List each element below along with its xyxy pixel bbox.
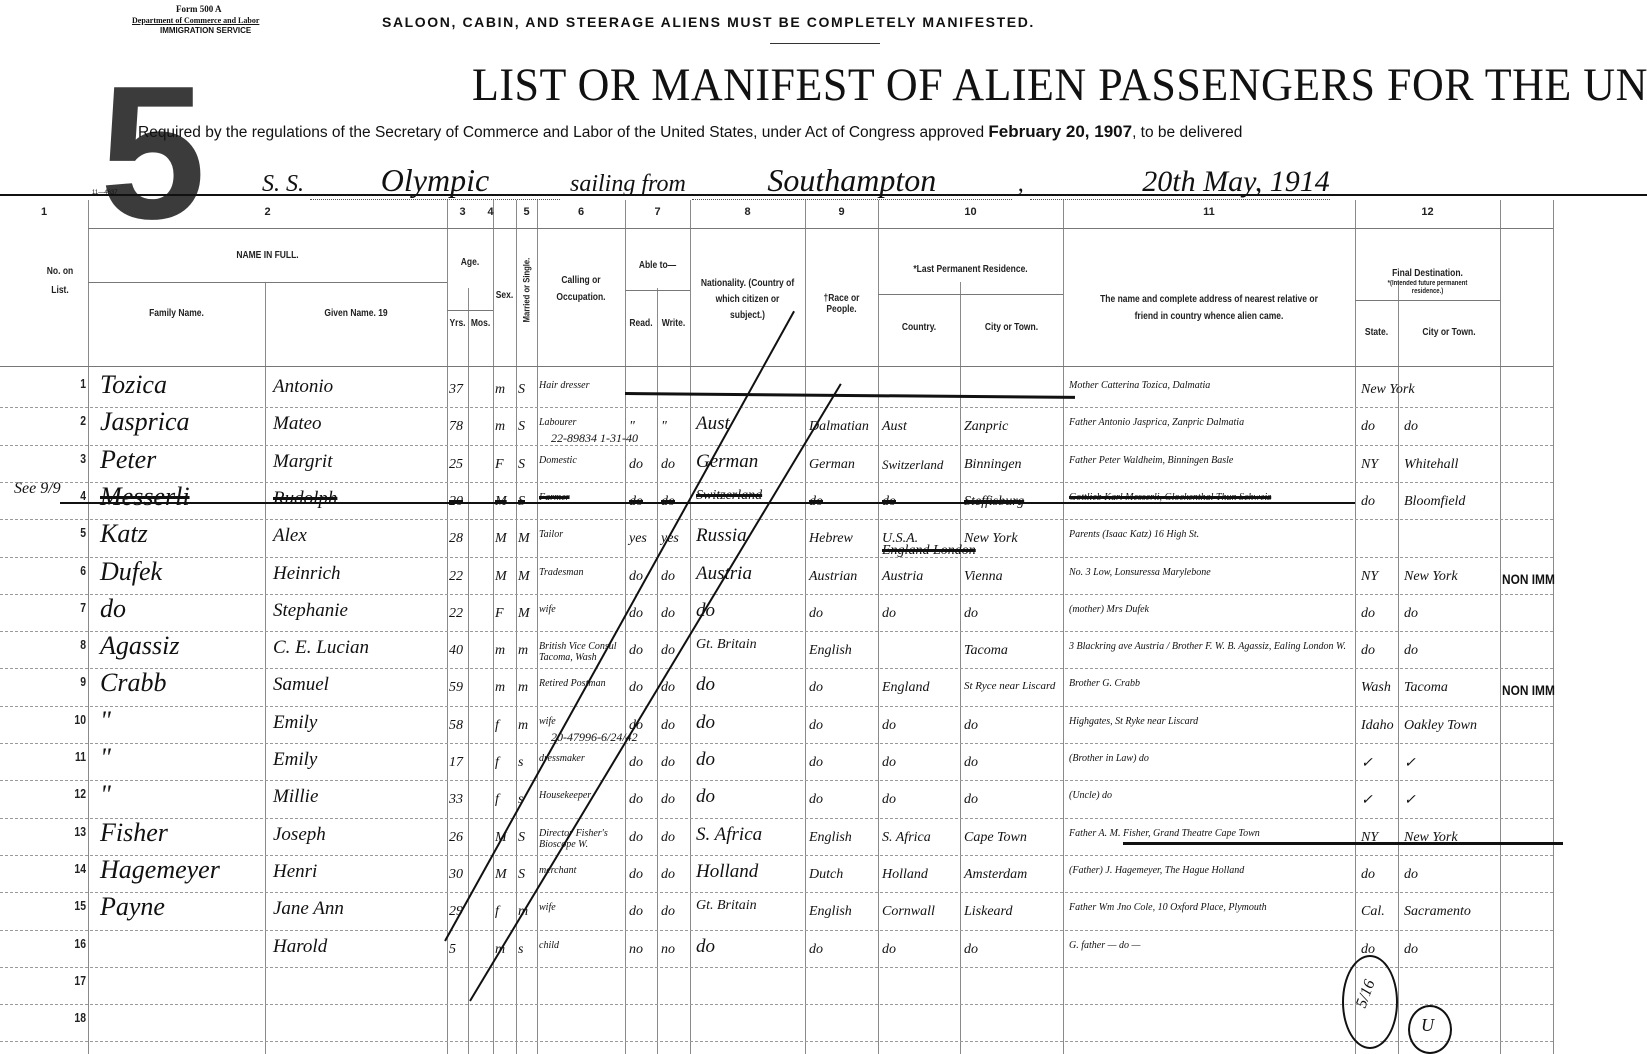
column-divider	[468, 288, 469, 1054]
family-name-cell: Fisher	[100, 818, 168, 848]
annotation-circle-text: U	[1421, 1015, 1434, 1036]
destination-city-cell: do	[1404, 867, 1418, 883]
row-divider	[0, 482, 1553, 484]
race-cell: Hebrew	[809, 531, 853, 547]
given-name-cell: Mateo	[273, 413, 322, 435]
family-name-cell: Messerli	[100, 482, 190, 512]
destination-state-cell: NY	[1361, 569, 1378, 585]
can-read-cell: do	[629, 830, 643, 846]
row-number: 4	[59, 488, 86, 503]
column-number: 5	[516, 206, 537, 218]
header-final-destination: Final Destination.	[1366, 268, 1489, 279]
residence-city-cell: Tacoma	[964, 643, 1008, 659]
row-divider	[0, 967, 1553, 969]
can-write-cell: do	[661, 680, 675, 696]
can-write-cell: "	[661, 419, 667, 435]
residence-country-cell: England	[882, 680, 929, 696]
header-divider	[625, 290, 690, 291]
department-label: Department of Commerce and Labor	[132, 16, 259, 25]
banner-text: SALOON, CABIN, AND STEERAGE ALIENS MUST …	[382, 14, 1035, 30]
age-years-cell: 59	[449, 680, 463, 696]
nationality-cell: do	[696, 712, 715, 734]
nationality-cell: Russia	[696, 525, 747, 547]
residence-country-cell: Austria	[882, 569, 923, 585]
relative-address-cell: Parents (Isaac Katz) 16 High St.	[1069, 529, 1199, 540]
can-write-cell: do	[661, 606, 675, 622]
residence-city-cell: Cape Town	[964, 830, 1027, 846]
given-name-cell: Alex	[273, 525, 307, 547]
occupation-cell: Tradesman	[539, 567, 583, 578]
sex-cell: M	[495, 867, 507, 883]
nationality-cell: S. Africa	[696, 824, 762, 846]
sex-cell: f	[495, 904, 499, 920]
destination-city-cell: New York	[1404, 569, 1458, 585]
marital-status-cell: S	[518, 867, 525, 883]
family-name-cell: "	[100, 780, 111, 810]
relative-address-cell: Father Peter Waldheim, Binningen Basle	[1069, 455, 1233, 466]
can-write-cell: do	[661, 457, 675, 473]
row-number: 3	[59, 451, 86, 466]
non-immigrant-stamp: NON IMM	[1502, 682, 1555, 698]
can-write-cell: do	[661, 904, 675, 920]
marital-status-cell: S	[518, 382, 525, 398]
relative-address-cell: Father Antonio Jasprica, Zanpric Dalmati…	[1069, 417, 1244, 428]
regulation-post: , to be delivered	[1132, 124, 1242, 141]
print-code: 11—4637	[92, 190, 118, 196]
residence-city-cell: Vienna	[964, 569, 1003, 585]
row-divider	[0, 1004, 1553, 1006]
relative-address-cell: Mother Catterina Tozica, Dalmatia	[1069, 380, 1210, 391]
header-name-in-full: NAME IN FULL.	[115, 250, 420, 261]
residence-city-cell: Amsterdam	[964, 867, 1027, 883]
header-no-on-list: No. on List.	[43, 262, 77, 300]
family-name-cell: Agassiz	[100, 631, 179, 661]
header-divider	[878, 294, 1063, 295]
marital-status-cell: S	[518, 457, 525, 473]
header-mos: Mos.	[470, 318, 491, 329]
destination-state-cell: do	[1361, 606, 1375, 622]
family-name-cell: Payne	[100, 892, 165, 922]
age-years-cell: 78	[449, 419, 463, 435]
column-divider	[1355, 200, 1356, 1054]
header-calling: Calling or Occupation.	[552, 272, 610, 306]
can-write-cell: do	[661, 830, 675, 846]
sex-cell: f	[495, 718, 499, 734]
family-name-cell: Crabb	[100, 668, 166, 698]
relative-address-cell: (mother) Mrs Dufek	[1069, 604, 1149, 615]
row-divider	[0, 706, 1553, 708]
row-number: 5	[59, 525, 86, 540]
regulation-text: Required by the regulations of the Secre…	[138, 122, 1242, 142]
age-years-cell: 37	[449, 382, 463, 398]
header-rule	[0, 194, 1647, 196]
residence-city-cell: do	[964, 718, 978, 734]
row-number: 8	[59, 637, 86, 652]
family-name-cell: Hagemeyer	[100, 855, 220, 885]
destination-state-cell: do	[1361, 494, 1375, 510]
nationality-cell: Gt. Britain	[696, 637, 757, 653]
sex-cell: m	[495, 382, 505, 398]
header-given-name: Given Name. 19	[279, 308, 434, 319]
given-name-cell: Rudolph	[273, 488, 337, 510]
column-number: 4	[478, 206, 503, 218]
row-divider	[0, 892, 1553, 894]
row-number: 6	[59, 563, 86, 578]
can-read-cell: do	[629, 457, 643, 473]
destination-city-cell: ✓	[1404, 755, 1416, 772]
header-divider	[88, 282, 447, 283]
sex-cell: M	[495, 569, 507, 585]
header-divider	[88, 228, 1553, 229]
form-number: Form 500 A	[176, 4, 222, 14]
occupation-cell: Hair dresser	[539, 380, 589, 391]
column-divider	[657, 288, 658, 1054]
row-divider	[0, 780, 1553, 782]
given-name-cell: Henri	[273, 861, 317, 883]
given-name-cell: Emily	[273, 712, 317, 734]
destination-city-cell: do	[1404, 942, 1418, 958]
can-write-cell: do	[661, 569, 675, 585]
column-divider	[88, 200, 89, 1054]
destination-city-cell: Bloomfield	[1404, 494, 1465, 510]
race-cell: English	[809, 904, 852, 920]
relative-address-cell: G. father — do —	[1069, 940, 1140, 951]
row-number: 7	[59, 600, 86, 615]
age-years-cell: 58	[449, 718, 463, 734]
marital-status-cell: M	[518, 606, 530, 622]
race-cell: do	[809, 718, 823, 734]
given-name-cell: Margrit	[273, 451, 332, 473]
can-read-cell: do	[629, 904, 643, 920]
sex-cell: m	[495, 643, 505, 659]
occupation-cell: wife	[539, 604, 556, 615]
page-title: LIST OR MANIFEST OF ALIEN PASSENGERS FOR…	[472, 58, 1647, 112]
destination-state-cell: Idaho	[1361, 718, 1394, 734]
row-divider	[0, 855, 1553, 857]
relative-address-cell: (Father) J. Hagemeyer, The Hague Holland	[1069, 865, 1244, 876]
family-name-cell: do	[100, 594, 126, 624]
column-divider	[625, 200, 626, 1054]
can-read-cell: do	[629, 680, 643, 696]
header-dest-city: City or Town.	[1406, 327, 1493, 338]
destination-city-cell: do	[1404, 419, 1418, 435]
row-number: 14	[59, 861, 86, 876]
column-number: 8	[690, 206, 805, 218]
marital-status-cell: m	[518, 680, 528, 696]
row-number: 17	[59, 973, 86, 988]
race-cell: do	[809, 755, 823, 771]
row-divider	[0, 407, 1553, 409]
row-number: 1	[59, 376, 86, 391]
relative-address-cell: Highgates, St Ryke near Liscard	[1069, 716, 1198, 727]
destination-city-cell: Sacramento	[1404, 904, 1471, 920]
destination-state-cell: do	[1361, 867, 1375, 883]
can-read-cell: do	[629, 643, 643, 659]
strike-line	[1123, 842, 1563, 845]
non-immigrant-stamp: NON IMM	[1502, 571, 1555, 587]
header-sex: Sex.	[495, 290, 515, 301]
occupation-cell: Domestic	[539, 455, 577, 466]
family-name-cell: Katz	[100, 519, 148, 549]
family-name-cell: Peter	[100, 445, 156, 475]
header-relative: The name and complete address of nearest…	[1098, 291, 1321, 325]
nationality-cell: do	[696, 786, 715, 808]
header-nationality: Nationality. (Country of which citizen o…	[699, 276, 797, 324]
page-number-stamp: 5	[100, 58, 202, 248]
column-number: 9	[805, 206, 878, 218]
column-divider	[537, 200, 538, 1054]
header-state: State.	[1358, 327, 1395, 338]
destination-city-cell: ✓	[1404, 792, 1416, 809]
nationality-cell: Holland	[696, 861, 758, 883]
row-number: 13	[59, 824, 86, 839]
row-divider	[0, 519, 1553, 521]
residence-country-cell: Aust	[882, 419, 907, 435]
column-divider	[493, 200, 494, 1054]
given-name-cell: Joseph	[273, 824, 326, 846]
column-number: 2	[88, 206, 447, 218]
marital-status-cell: s	[518, 755, 523, 771]
race-cell: English	[809, 830, 852, 846]
destination-state-cell: Cal.	[1361, 904, 1385, 920]
column-number: 7	[625, 206, 690, 218]
given-name-cell: Emily	[273, 749, 317, 771]
regulation-pre: Required by the regulations of the Secre…	[138, 124, 988, 141]
nationality-cell: do	[696, 936, 715, 958]
destination-state-cell: NY	[1361, 457, 1378, 473]
residence-city-cell: do	[964, 942, 978, 958]
can-read-cell: yes	[629, 531, 647, 547]
header-divider	[1355, 300, 1500, 301]
header-country: Country.	[884, 322, 954, 333]
header-divider	[0, 366, 1553, 367]
residence-city-cell: Binningen	[964, 457, 1022, 473]
age-years-cell: 30	[449, 867, 463, 883]
header-last-residence: *Last Permanent Residence.	[892, 264, 1049, 275]
occupation-cell: Labourer	[539, 417, 576, 428]
destination-state-cell: do	[1361, 419, 1375, 435]
race-cell: do	[809, 942, 823, 958]
age-years-cell: 5	[449, 942, 456, 958]
header-race: †Race or People.	[810, 293, 872, 315]
can-read-cell: no	[629, 942, 643, 958]
column-number: 11	[1063, 206, 1355, 218]
column-divider	[1553, 200, 1554, 1054]
column-number: 10	[878, 206, 1063, 218]
residence-country-cell: do	[882, 792, 896, 808]
struck-residence: England London	[882, 543, 976, 559]
family-name-cell: Tozica	[100, 370, 167, 400]
destination-state-cell: ✓	[1361, 755, 1373, 772]
header-read: Read.	[627, 318, 654, 329]
header-family-name: Family Name.	[101, 308, 251, 319]
row-number: 12	[59, 786, 86, 801]
given-name-cell: Antonio	[273, 376, 333, 398]
row-number: 16	[59, 936, 86, 951]
service-label: IMMIGRATION SERVICE	[160, 26, 251, 35]
residence-country-cell: Switzerland	[882, 457, 943, 473]
row-number: 15	[59, 898, 86, 913]
residence-country-cell: do	[882, 718, 896, 734]
relative-address-cell: Brother G. Crabb	[1069, 678, 1140, 689]
relative-address-cell: (Brother in Law) do	[1069, 753, 1149, 764]
can-write-cell: no	[661, 942, 675, 958]
marital-status-cell: S	[518, 419, 525, 435]
destination-city-cell: Tacoma	[1404, 680, 1448, 696]
age-years-cell: 22	[449, 569, 463, 585]
race-cell: Dutch	[809, 867, 843, 883]
age-years-cell: 33	[449, 792, 463, 808]
residence-country-cell: do	[882, 606, 896, 622]
marital-status-cell: m	[518, 643, 528, 659]
marital-status-cell: m	[518, 718, 528, 734]
occupation-cell: Housekeeper	[539, 790, 591, 801]
regulation-date: February 20, 1907	[988, 122, 1132, 141]
occupation-cell: Tailor	[539, 529, 563, 540]
row-number: 18	[59, 1010, 86, 1025]
nationality-cell: Austria	[696, 563, 752, 585]
given-name-cell: Samuel	[273, 674, 329, 696]
race-cell: German	[809, 457, 855, 473]
occupation-cell: wife	[539, 716, 556, 727]
residence-city-cell: Liskeard	[964, 904, 1012, 920]
family-name-cell: Dufek	[100, 557, 162, 587]
marital-status-cell: S	[518, 830, 525, 846]
sex-cell: M	[495, 531, 507, 547]
occupation-cell: British Vice Consul Tacoma, Wash	[539, 641, 629, 663]
residence-country-cell: do	[882, 755, 896, 771]
column-divider	[1500, 200, 1501, 1054]
residence-city-cell: do	[964, 606, 978, 622]
destination-city-cell: do	[1404, 643, 1418, 659]
relative-address-cell: No. 3 Low, Lonsuressa Marylebone	[1069, 567, 1211, 578]
destination-state-cell: New York	[1361, 382, 1415, 398]
header-able-to: Able to—	[630, 260, 685, 271]
row-divider	[0, 818, 1553, 820]
header-yrs: Yrs.	[449, 318, 467, 329]
strike-line	[625, 392, 1075, 399]
column-divider	[878, 200, 879, 1054]
age-years-cell: 22	[449, 606, 463, 622]
row-number: 9	[59, 674, 86, 689]
occupation-cell: wife	[539, 902, 556, 913]
occupation-note: 22-89834 1-31-40	[551, 431, 638, 446]
can-read-cell: do	[629, 755, 643, 771]
row-number: 2	[59, 413, 86, 428]
can-read-cell: do	[629, 606, 643, 622]
race-cell: English	[809, 643, 852, 659]
relative-address-cell: (Uncle) do	[1069, 790, 1112, 801]
row-divider	[0, 668, 1553, 670]
destination-city-cell: do	[1404, 606, 1418, 622]
header-age: Age.	[450, 257, 489, 268]
header-divider	[447, 310, 493, 311]
column-number: 6	[537, 206, 625, 218]
occupation-cell: Director Fisher's Bioscope W.	[539, 828, 629, 850]
given-name-cell: Heinrich	[273, 563, 341, 585]
can-write-cell: do	[661, 643, 675, 659]
strike-line	[60, 502, 1355, 504]
destination-state-cell: do	[1361, 643, 1375, 659]
marital-status-cell: M	[518, 569, 530, 585]
nationality-cell: Gt. Britain	[696, 898, 757, 914]
given-name-cell: Jane Ann	[273, 898, 344, 920]
can-read-cell: do	[629, 792, 643, 808]
row-divider	[0, 743, 1553, 745]
residence-city-cell: do	[964, 792, 978, 808]
family-name-cell: Jasprica	[100, 407, 190, 437]
row-divider	[0, 594, 1553, 596]
destination-city-cell: Oakley Town	[1404, 718, 1477, 734]
row-number: 11	[59, 749, 86, 764]
can-write-cell: do	[661, 792, 675, 808]
can-write-cell: do	[661, 718, 675, 734]
sex-cell: f	[495, 755, 499, 771]
destination-state-cell: ✓	[1361, 792, 1373, 809]
marital-status-cell: M	[518, 531, 530, 547]
residence-city-cell: St Ryce near Liscard	[964, 680, 1055, 692]
residence-country-cell: S. Africa	[882, 830, 931, 846]
residence-country-cell: Cornwall	[882, 904, 935, 920]
column-number: 3	[447, 206, 478, 218]
column-divider	[805, 200, 806, 1054]
marital-status-cell: s	[518, 942, 523, 958]
relative-address-cell: Father Wm Jno Cole, 10 Oxford Place, Ply…	[1069, 902, 1267, 913]
row-divider	[0, 930, 1553, 932]
can-read-cell: do	[629, 569, 643, 585]
given-name-cell: Millie	[273, 786, 318, 808]
header-write: Write.	[659, 318, 687, 329]
relative-address-cell: Father A. M. Fisher, Grand Theatre Cape …	[1069, 828, 1260, 839]
header-final-destination-sub: *(Intended future permanent residence.)	[1383, 280, 1472, 296]
can-read-cell: do	[629, 867, 643, 883]
age-years-cell: 40	[449, 643, 463, 659]
nationality-cell: do	[696, 749, 715, 771]
given-name-cell: Stephanie	[273, 600, 348, 622]
column-number: 1	[0, 206, 88, 218]
column-number: 12	[1355, 206, 1500, 218]
can-write-cell: do	[661, 867, 675, 883]
family-name-cell: "	[100, 743, 111, 773]
sex-cell: m	[495, 680, 505, 696]
residence-city-cell: do	[964, 755, 978, 771]
age-years-cell: 17	[449, 755, 463, 771]
row-number: 10	[59, 712, 86, 727]
residence-country-cell: Holland	[882, 867, 928, 883]
family-name-cell: "	[100, 706, 111, 736]
race-cell: do	[809, 606, 823, 622]
age-years-cell: 26	[449, 830, 463, 846]
column-divider	[1063, 200, 1064, 1054]
relative-address-cell: 3 Blackring ave Austria / Brother F. W. …	[1069, 641, 1346, 652]
row-divider	[0, 557, 1553, 559]
header-married-single: Married or Single.	[522, 256, 532, 325]
given-name-cell: Harold	[273, 936, 327, 958]
sex-cell: f	[495, 792, 499, 808]
residence-city-cell: Zanpric	[964, 419, 1008, 435]
race-cell: do	[809, 680, 823, 696]
occupation-cell: Retired Postman	[539, 678, 606, 689]
sex-cell: F	[495, 457, 504, 473]
age-years-cell: 28	[449, 531, 463, 547]
destination-city-cell: Whitehall	[1404, 457, 1458, 473]
given-name-cell: C. E. Lucian	[273, 637, 369, 659]
row-divider	[0, 445, 1553, 447]
sex-cell: m	[495, 419, 505, 435]
can-write-cell: do	[661, 755, 675, 771]
margin-note-see: See 9/9	[14, 480, 61, 498]
divider	[770, 43, 880, 44]
